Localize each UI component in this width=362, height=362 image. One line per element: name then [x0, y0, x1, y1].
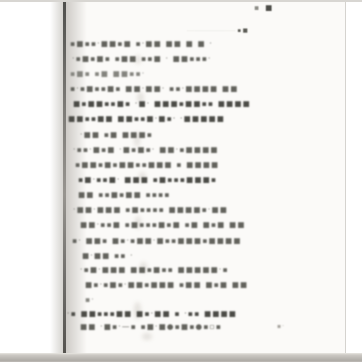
blurred-text-line: ·▪■▪■▪ ▪■■ ▪▪■ · ■■▪▪▪· — [72, 54, 212, 64]
running-head-subtitle: ································▪■ — [187, 17, 357, 25]
book-page-photo: ▪■ ································▪■ ▪■… — [0, 0, 362, 362]
blurred-text-line: ■■·▪▪■ ▪■▪▪▪■▪■ ▪■ ■▪■ ■■ — [80, 220, 246, 230]
running-head-title: ▪■ — [254, 3, 354, 15]
blurred-text-line: ■■ ·■▪·—▪ ▪■·■●▪■▪●▪▫▪ — [80, 322, 222, 332]
book-page: ▪■ ································▪■ ▪■… — [66, 0, 346, 354]
subtitle-faint-text: ································ — [187, 29, 235, 33]
show-through-smudge — [142, 333, 152, 340]
running-head-char-1: ▪ — [254, 3, 265, 12]
subtitle-bold-text: ▪■ — [237, 28, 249, 34]
blurred-text-line: ■▪■■▪▪■▪ ·■· ■■■▪■■▪▪ ■■■■ — [73, 99, 251, 109]
blurred-text-line: ·■■·■■■ ▪■▪▪▪▪ ■■■■▪·■■ — [73, 205, 228, 215]
running-head-char-2: ■ — [265, 3, 278, 12]
blurred-text-line: ·■■ ▪■ ■■■▪ — [80, 130, 153, 140]
blurred-text-line: ▪· — [85, 295, 95, 305]
blurred-text-line: ▪■·▪▪■· ■■■ ▪■▪▪▪■■■▪ — [78, 175, 217, 185]
blurred-text-line: ▪■■▪■▪■■▪▪■■■ ▪ ■■■■ — [75, 160, 219, 170]
gutter-left-shade — [50, 0, 63, 354]
blurred-text-line: ▪■▪▪·■■▪■ ▪·■■ ■■ ■ ■ · — [70, 39, 213, 49]
blurred-text-line: ■■ ▪▪■▪■■ ▪▪▪▪ — [78, 190, 171, 200]
blurred-text-line: ·▪ ■■▪▪▪■■ ■▪·■■ ▪ ·▪▪ ■■■■ — [67, 309, 237, 319]
blurred-text-line: ·▪■·■■■ ■■▪■▪▪ ■■■■■·▪ — [80, 265, 229, 275]
blurred-text-line: ■·■■ ▪▪ · — [82, 251, 134, 261]
page-number: ▪· — [277, 323, 285, 330]
page-right-edge — [345, 2, 346, 354]
blurred-text-line: ■▪·▪■▪·■■▪■■■ ▪■■ ■▪■ ■■ — [85, 280, 248, 290]
blurred-text-line: ■■▪▪■■ ■■▪▪■·■▪· ·■■■■■ — [68, 114, 225, 124]
photo-top-border — [0, 0, 362, 2]
blurred-text-line: ·▪▪·■▪■ ·■▪■▪· ■■·▪■■■■ — [73, 145, 219, 155]
blurred-text-line: ▪· ■■▪ ■▪·▪■■·■▪▪■■■▪■■■■ — [72, 236, 242, 246]
blurred-text-line: ▪■▪ ▪■ ■■▪▪· — [70, 69, 145, 79]
photo-bottom-edge-band — [0, 353, 362, 362]
blurred-text-line: ▪·▪■▪▪■▪ ■■·■■· ▪▪·■■■■ ■■ — [70, 84, 239, 94]
